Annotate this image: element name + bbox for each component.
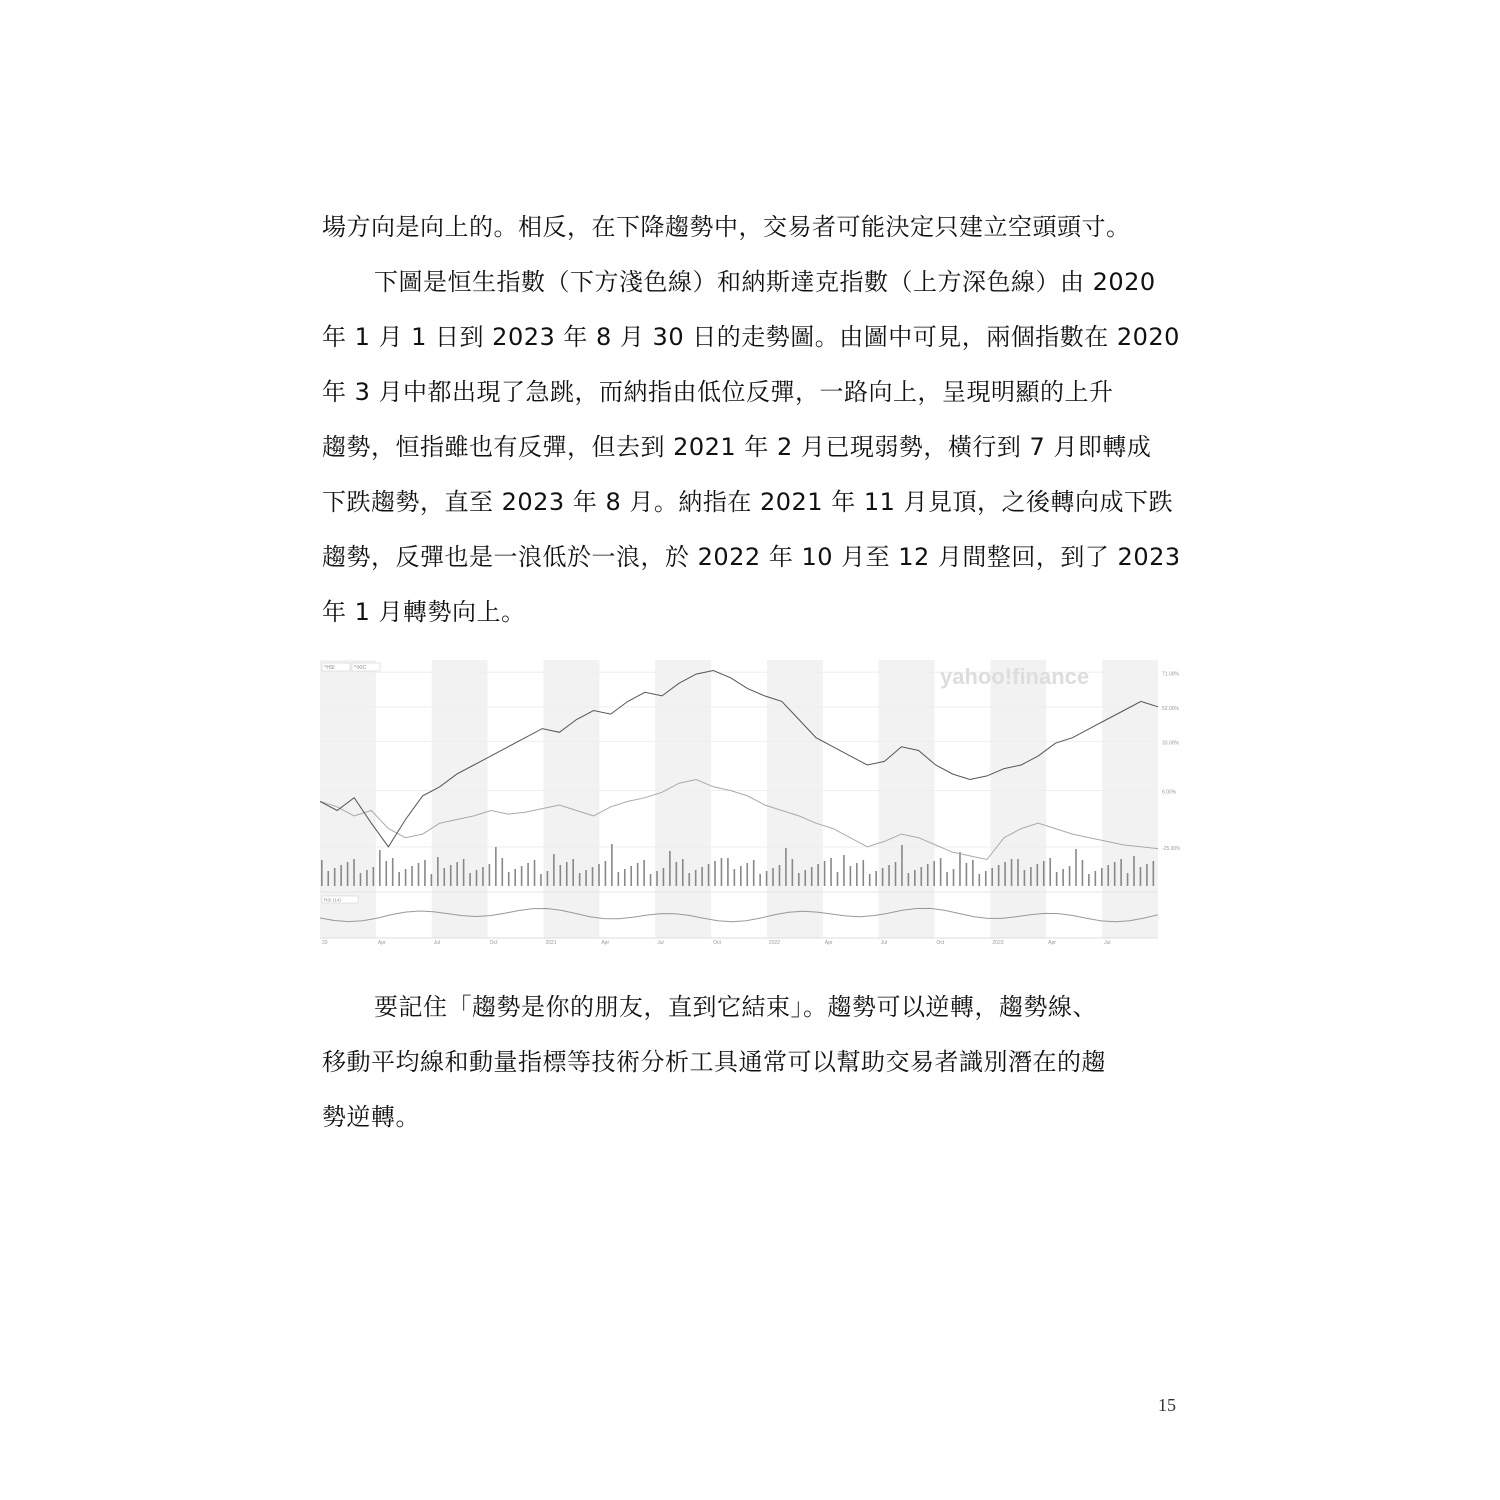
text-line: 下圖是恒生指數（下方淺色線）和納斯達克指數（上方深色線）由 2020	[322, 255, 1178, 310]
svg-text:Oct: Oct	[713, 940, 721, 945]
svg-text:71.00%: 71.00%	[1162, 671, 1180, 677]
text-line: 場方向是向上的。相反，在下降趨勢中，交易者可能決定只建立空頭頭寸。	[322, 200, 1178, 255]
paragraph-3: 要記住「趨勢是你的朋友，直到它結束」。趨勢可以逆轉，趨勢線、 移動平均線和動量指…	[322, 980, 1178, 1145]
svg-text:-25.00%: -25.00%	[1162, 846, 1180, 852]
stock-chart-figure: yahoo!finance ^HSI^IXIC RSI (14) 20AprJu…	[320, 660, 1180, 945]
text-line: 趨勢，恒指雖也有反彈，但去到 2021 年 2 月已現弱勢，橫行到 7 月即轉成	[322, 420, 1178, 475]
svg-text:Apr: Apr	[1048, 940, 1056, 945]
svg-text:2022: 2022	[769, 940, 780, 945]
svg-text:Jul: Jul	[657, 940, 663, 945]
svg-text:33.00%: 33.00%	[1162, 740, 1180, 746]
text-line: 年 3 月中都出現了急跳，而納指由低位反彈，一路向上，呈現明顯的上升	[322, 365, 1178, 420]
rsi-indicator-chip: RSI (14)	[322, 896, 358, 903]
text-line: 趨勢，反彈也是一浪低於一浪，於 2022 年 10 月至 12 月間整回，到了 …	[322, 530, 1178, 585]
paragraph-2: 下圖是恒生指數（下方淺色線）和納斯達克指數（上方深色線）由 2020 年 1 月…	[322, 255, 1178, 640]
svg-text:^HSI: ^HSI	[324, 665, 335, 671]
text-line: 勢逆轉。	[322, 1090, 1178, 1145]
page-number: 15	[1158, 1395, 1176, 1416]
x-axis-labels: 20AprJulOct2021AprJulOct2022AprJulOct202…	[322, 940, 1111, 945]
svg-text:RSI (14): RSI (14)	[324, 898, 341, 903]
text-line: 要記住「趨勢是你的朋友，直到它結束」。趨勢可以逆轉，趨勢線、	[322, 980, 1178, 1035]
svg-text:Apr: Apr	[825, 940, 833, 945]
svg-text:20: 20	[322, 940, 328, 945]
text-line: 年 1 月轉勢向上。	[322, 585, 1178, 640]
yahoo-finance-watermark: yahoo!finance	[940, 664, 1089, 689]
svg-text:Jul: Jul	[1104, 940, 1110, 945]
svg-text:Oct: Oct	[937, 940, 945, 945]
text-line: 移動平均線和動量指標等技術分析工具通常可以幫助交易者識別潛在的趨	[322, 1035, 1178, 1090]
svg-text:2021: 2021	[545, 940, 556, 945]
text-line: 年 1 月 1 日到 2023 年 8 月 30 日的走勢圖。由圖中可見，兩個指…	[322, 310, 1178, 365]
y-axis-labels: 71.00%52.00%33.00%6.00%-25.00%	[1162, 671, 1180, 852]
svg-text:52.00%: 52.00%	[1162, 706, 1180, 712]
svg-text:Apr: Apr	[601, 940, 609, 945]
alternating-bands	[320, 660, 1158, 938]
svg-text:2023: 2023	[992, 940, 1003, 945]
svg-text:^IXIC: ^IXIC	[354, 665, 366, 671]
svg-text:Jul: Jul	[881, 940, 887, 945]
svg-text:Jul: Jul	[434, 940, 440, 945]
svg-text:Apr: Apr	[378, 940, 386, 945]
paragraph-1: 場方向是向上的。相反，在下降趨勢中，交易者可能決定只建立空頭頭寸。	[322, 200, 1178, 255]
svg-text:6.00%: 6.00%	[1162, 789, 1177, 795]
svg-text:Oct: Oct	[490, 940, 498, 945]
chart-canvas: yahoo!finance ^HSI^IXIC RSI (14) 20AprJu…	[320, 660, 1180, 945]
text-line: 下跌趨勢，直至 2023 年 8 月。納指在 2021 年 11 月見頂，之後轉…	[322, 475, 1178, 530]
